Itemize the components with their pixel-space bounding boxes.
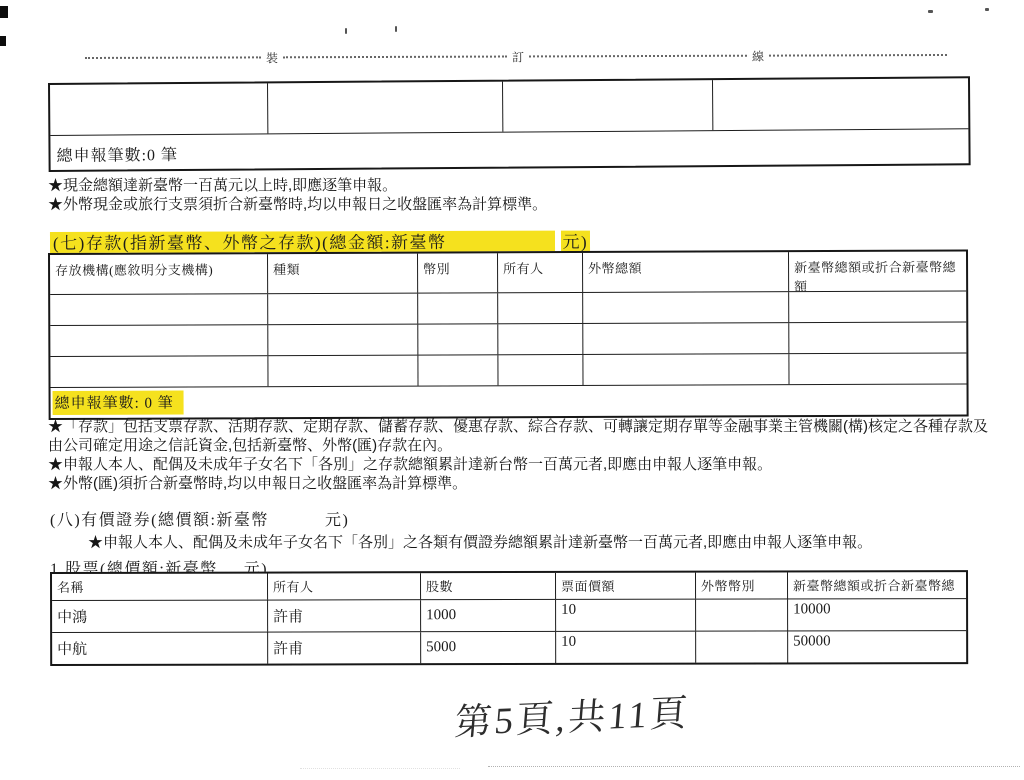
- scan-edge-mark: [0, 36, 6, 46]
- stock-header-twd-total: 新臺幣總額或折合新臺幣總額: [787, 572, 966, 598]
- deposit-empty-cell: [497, 355, 582, 385]
- securities-title-unit: 元): [325, 512, 349, 529]
- cash-empty-cell: [502, 80, 712, 132]
- cash-empty-cell: [267, 82, 502, 134]
- cash-table: 總申報筆數:0 筆: [48, 76, 971, 172]
- deposit-total-row: 總申報筆數: 0 筆: [51, 383, 967, 418]
- securities-section-title: (八)有價證券(總價額:新臺幣元): [50, 507, 872, 530]
- deposit-empty-cell: [50, 356, 267, 387]
- cash-note: ★現金總額達新臺幣一百萬元以上時,即應逐筆申報。: [48, 176, 988, 195]
- stock-header-foreign-currency: 外幣幣別: [695, 572, 787, 598]
- deposit-table: 存放機構(應敘明分支機構) 種類 幣別 所有人 外幣總額 新臺幣總額或折合新臺幣…: [48, 249, 969, 420]
- binding-dotted-line: [769, 54, 947, 57]
- deposit-section-title: (七)存款(指新臺幣、外幣之存款)(總金額:新臺幣元): [50, 228, 590, 254]
- deposit-empty-row: [50, 321, 966, 356]
- stock-owner: 許甫: [267, 600, 420, 631]
- deposit-empty-cell: [267, 325, 417, 356]
- stock-row: 中鴻 許甫 1000 10 10000: [52, 598, 966, 632]
- deposit-header-institution: 存放機構(應敘明分支機構): [50, 254, 267, 294]
- cash-total-row: 總申報筆數:0 筆: [50, 128, 968, 170]
- deposit-empty-cell: [788, 322, 966, 353]
- stock-row: 中航 許甫 5000 10 50000: [52, 630, 966, 664]
- securities-note: ★申報人本人、配偶及未成年子女名下「各別」之各類有價證券總額累計達新臺幣一百萬元…: [88, 533, 872, 552]
- deposit-header-foreign-total: 外幣總額: [582, 252, 788, 292]
- deposit-empty-cell: [497, 293, 582, 323]
- binding-dotted-line: [283, 56, 507, 59]
- stock-table: 名稱 所有人 股數 票面價額 外幣幣別 新臺幣總額或折合新臺幣總額 中鴻 許甫 …: [50, 570, 968, 666]
- deposit-empty-cell: [417, 324, 497, 354]
- deposit-empty-cell: [417, 355, 497, 385]
- binding-label: 裝: [261, 49, 283, 66]
- binding-dotted-line: [85, 56, 261, 59]
- deposit-header-twd-total: 新臺幣總額或折合新臺幣總額: [788, 251, 966, 291]
- cash-table-empty-row: [50, 78, 968, 135]
- scan-edge-mark: [0, 6, 8, 18]
- deposit-empty-cell: [267, 356, 417, 387]
- securities-title-text: (八)有價證券(總價額:新臺幣: [50, 512, 269, 529]
- stock-header-owner: 所有人: [267, 573, 420, 599]
- deposit-empty-cell: [50, 325, 267, 356]
- stock-header-name: 名稱: [52, 574, 267, 600]
- stock-header-row: 名稱 所有人 股數 票面價額 外幣幣別 新臺幣總額或折合新臺幣總額: [52, 572, 966, 600]
- deposit-empty-row: [50, 352, 966, 387]
- binding-dotted-line: [529, 55, 747, 58]
- deposit-empty-cell: [267, 294, 417, 325]
- bottom-dotted-line: [300, 768, 460, 769]
- deposit-empty-cell: [582, 323, 788, 354]
- deposit-total-highlighted: 總申報筆數: 0 筆: [53, 390, 184, 415]
- binding-strip: 裝 訂 線: [85, 47, 947, 66]
- cash-notes: ★現金總額達新臺幣一百萬元以上時,即應逐筆申報。 ★外幣現金或旅行支票須折合新臺…: [48, 176, 988, 214]
- deposit-notes: ★「存款」包括支票存款、活期存款、定期存款、儲蓄存款、優惠存款、綜合存款、可轉讓…: [48, 417, 1000, 493]
- stock-twd-total: 50000: [787, 631, 966, 662]
- deposit-empty-cell: [417, 293, 497, 323]
- stock-name: 中鴻: [52, 601, 267, 632]
- stock-header-par-value: 票面價額: [555, 573, 695, 599]
- bottom-dotted-line: [488, 766, 1020, 767]
- stock-name: 中航: [52, 633, 267, 664]
- deposit-header-currency: 幣別: [417, 253, 497, 292]
- scan-speck: [395, 26, 397, 32]
- scan-speck: [985, 8, 989, 11]
- deposit-title-text: (七)存款(指新臺幣、外幣之存款)(總金額:新臺幣: [53, 233, 447, 253]
- stock-twd-total: 10000: [787, 599, 966, 630]
- deposit-empty-cell: [50, 294, 267, 325]
- cash-empty-cell: [50, 83, 267, 135]
- deposit-header-row: 存放機構(應敘明分支機構) 種類 幣別 所有人 外幣總額 新臺幣總額或折合新臺幣…: [50, 251, 966, 294]
- deposit-header-type: 種類: [267, 254, 417, 294]
- scanned-declaration-page: { "colors": { "highlight": "#f5e11e", "i…: [0, 0, 1024, 780]
- stock-owner: 許甫: [267, 632, 420, 663]
- deposit-empty-cell: [582, 292, 788, 323]
- deposit-note: ★申報人本人、配偶及未成年子女名下「各別」之存款總額累計達新台幣一百萬元者,即應…: [48, 455, 1000, 474]
- deposit-header-owner: 所有人: [497, 253, 582, 292]
- stock-par-value: 10: [555, 632, 695, 663]
- scan-speck: [928, 10, 933, 13]
- stock-foreign-currency: [695, 631, 787, 662]
- cash-empty-cell: [712, 78, 968, 130]
- stock-shares: 5000: [420, 632, 555, 663]
- stock-shares: 1000: [420, 600, 555, 631]
- deposit-empty-cell: [788, 353, 966, 384]
- deposit-empty-cell: [582, 354, 788, 385]
- scan-speck: [345, 28, 347, 34]
- handwritten-page-number: 第5頁,共11頁: [453, 682, 693, 746]
- deposit-note: ★外幣(匯)須折合新臺幣時,均以申報日之收盤匯率為計算標準。: [48, 474, 1000, 493]
- deposit-empty-cell: [788, 291, 966, 322]
- deposit-empty-row: [50, 290, 966, 325]
- stock-header-shares: 股數: [420, 573, 555, 599]
- securities-section: (八)有價證券(總價額:新臺幣元) ★申報人本人、配偶及未成年子女名下「各別」之…: [50, 507, 872, 579]
- deposit-note: ★「存款」包括支票存款、活期存款、定期存款、儲蓄存款、優惠存款、綜合存款、可轉讓…: [48, 417, 1000, 455]
- cash-note: ★外幣現金或旅行支票須折合新臺幣時,均以申報日之收盤匯率為計算標準。: [48, 195, 988, 214]
- deposit-empty-cell: [497, 324, 582, 354]
- binding-label: 訂: [507, 48, 529, 65]
- binding-label: 線: [747, 47, 769, 64]
- stock-par-value: 10: [555, 600, 695, 631]
- stock-foreign-currency: [695, 599, 787, 630]
